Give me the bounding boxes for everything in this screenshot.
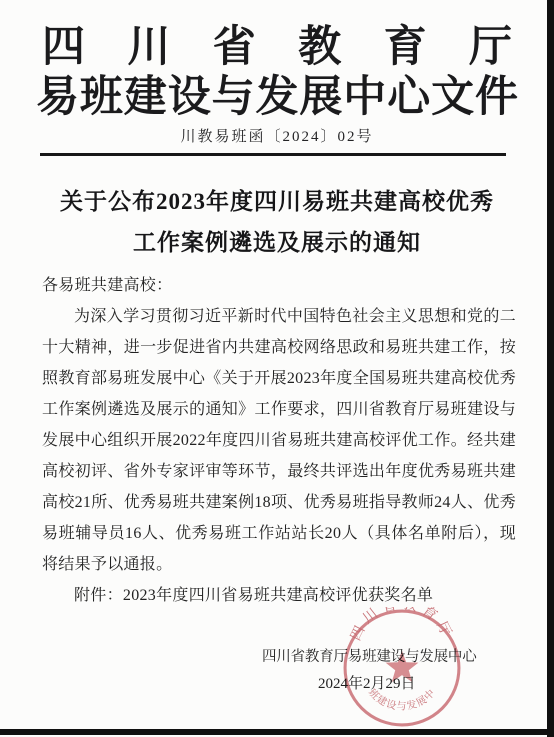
scan-edge-right [547,0,554,737]
letterhead-line2: 易班建设与发展中心文件 [36,72,518,124]
document-title-line1: 关于公布2023年度四川易班共建高校优秀 [20,181,534,222]
scan-edge-bottom [0,729,554,735]
body-paragraph: 为深入学习贯彻习近平新时代中国特色社会主义思想和党的二十大精神，进一步促进省内共… [42,301,516,580]
letterhead-divider [40,153,506,156]
document-page: 四川省教育厅 易班建设与发展中心文件 川教易班函〔2024〕02号 关于公布20… [0,0,554,737]
document-title: 关于公布2023年度四川易班共建高校优秀 工作案例遴选及展示的通知 [20,181,534,263]
document-title-line2: 工作案例遴选及展示的通知 [20,222,534,263]
letterhead-line1: 四川省教育厅 [42,22,512,74]
document-body: 各易班共建高校： 为深入学习贯彻习近平新时代中国特色社会主义思想和党的二十大精神… [42,270,516,611]
seal-star-icon [386,651,419,682]
official-seal: 四川省教育厅 易班建设与发展中心 [341,607,463,729]
salutation: 各易班共建高校： [42,270,516,301]
document-number: 川教易班函〔2024〕02号 [0,125,554,146]
